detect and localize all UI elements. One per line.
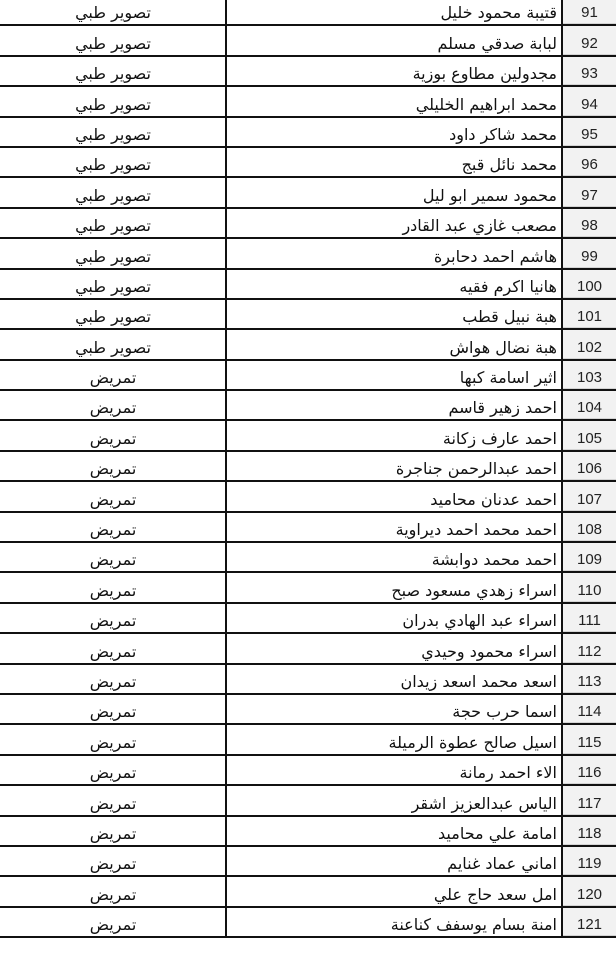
table-row: تمريض اماني عماد غنايم 119	[0, 847, 616, 877]
table-row: تصوير طبي محمد نائل قبج 96	[0, 148, 616, 178]
column-divider	[225, 330, 227, 358]
department-cell[interactable]: تصوير طبي	[0, 26, 226, 54]
table-row: تمريض اثير اسامة كبها 103	[0, 361, 616, 391]
name-cell[interactable]: اسراء محمود وحيدي	[228, 634, 561, 662]
table-row: تمريض امل سعد حاج علي 120	[0, 877, 616, 907]
row-number-cell[interactable]: 94	[563, 87, 616, 115]
name-cell[interactable]: محمد ابراهيم الخليلي	[228, 87, 561, 115]
row-number-cell[interactable]: 95	[563, 118, 616, 146]
column-divider	[225, 634, 227, 662]
row-number-cell[interactable]: 101	[563, 300, 616, 328]
row-number-cell[interactable]: 97	[563, 178, 616, 206]
name-cell[interactable]: اسما حرب حجة	[228, 695, 561, 723]
table-row: تصوير طبي لبابة صدقي مسلم 92	[0, 26, 616, 56]
table-row: تصوير طبي محمد ابراهيم الخليلي 94	[0, 87, 616, 117]
department-cell[interactable]: تمريض	[0, 665, 226, 693]
department-cell[interactable]: تمريض	[0, 695, 226, 723]
name-cell[interactable]: امل سعد حاج علي	[228, 877, 561, 905]
table-row: تمريض احمد زهير قاسم 104	[0, 391, 616, 421]
name-cell[interactable]: لبابة صدقي مسلم	[228, 26, 561, 54]
row-number-cell[interactable]: 91	[563, 0, 616, 24]
column-divider	[225, 57, 227, 85]
column-divider	[225, 148, 227, 176]
table-row: تصوير طبي هاشم احمد دحابرة 99	[0, 239, 616, 269]
department-cell[interactable]: تصوير طبي	[0, 239, 226, 267]
table-row: تصوير طبي هانيا اكرم فقيه 100	[0, 270, 616, 300]
row-number-cell[interactable]: 115	[563, 725, 616, 753]
department-cell[interactable]: تمريض	[0, 786, 226, 814]
table-row: تصوير طبي محمود سمير ابو ليل 97	[0, 178, 616, 208]
department-cell[interactable]: تصوير طبي	[0, 178, 226, 206]
column-divider	[225, 178, 227, 206]
table-row: تصوير طبي محمد شاكر داود 95	[0, 118, 616, 148]
column-divider	[225, 695, 227, 723]
row-number-cell[interactable]: 100	[563, 270, 616, 298]
department-cell[interactable]: تصوير طبي	[0, 57, 226, 85]
department-cell[interactable]: تمريض	[0, 847, 226, 875]
table-row: تمريض اسيل صالح عطوة الرميلة 115	[0, 725, 616, 755]
name-cell[interactable]: اسراء زهدي مسعود صبح	[228, 573, 561, 601]
spreadsheet-table: تصوير طبي قتيبة محمود خليل 91 تصوير طبي …	[0, 0, 616, 938]
row-number-cell[interactable]: 108	[563, 513, 616, 541]
name-cell[interactable]: اسيل صالح عطوة الرميلة	[228, 725, 561, 753]
name-cell[interactable]: هبة نضال هواش	[228, 330, 561, 358]
table-row: تمريض اسما حرب حجة 114	[0, 695, 616, 725]
row-number-cell[interactable]: 106	[563, 452, 616, 480]
column-divider	[225, 877, 227, 905]
row-number-cell[interactable]: 99	[563, 239, 616, 267]
name-cell[interactable]: احمد عارف زكانة	[228, 421, 561, 449]
table-row: تمريض امنة بسام يوسفف كناعنة 121	[0, 908, 616, 938]
table-row: تصوير طبي مجدولين مطاوع بوزية 93	[0, 57, 616, 87]
table-row: تمريض امامة علي محاميد 118	[0, 817, 616, 847]
name-cell[interactable]: الاء احمد رمانة	[228, 756, 561, 784]
name-cell[interactable]: محمد شاكر داود	[228, 118, 561, 146]
table-row: تمريض اسراء محمود وحيدي 112	[0, 634, 616, 664]
name-cell[interactable]: قتيبة محمود خليل	[228, 0, 561, 24]
name-cell[interactable]: احمد زهير قاسم	[228, 391, 561, 419]
column-divider	[225, 300, 227, 328]
department-cell[interactable]: تمريض	[0, 908, 226, 936]
table-row: تمريض الاء احمد رمانة 116	[0, 756, 616, 786]
department-cell[interactable]: تمريض	[0, 361, 226, 389]
column-divider	[225, 604, 227, 632]
row-number-cell[interactable]: 117	[563, 786, 616, 814]
department-cell[interactable]: تمريض	[0, 543, 226, 571]
row-number-cell[interactable]: 121	[563, 908, 616, 936]
table-row: تصوير طبي هبة نبيل قطب 101	[0, 300, 616, 330]
column-divider	[225, 452, 227, 480]
column-divider	[225, 817, 227, 845]
row-number-cell[interactable]: 116	[563, 756, 616, 784]
row-number-cell[interactable]: 120	[563, 877, 616, 905]
table-row: تمريض الياس عبدالعزيز اشقر 117	[0, 786, 616, 816]
department-cell[interactable]: تصوير طبي	[0, 330, 226, 358]
department-cell[interactable]: تصوير طبي	[0, 0, 226, 24]
department-cell[interactable]: تصوير طبي	[0, 270, 226, 298]
department-cell[interactable]: تصوير طبي	[0, 87, 226, 115]
row-number-cell[interactable]: 103	[563, 361, 616, 389]
name-cell[interactable]: امنة بسام يوسفف كناعنة	[228, 908, 561, 936]
column-divider	[225, 756, 227, 784]
department-cell[interactable]: تمريض	[0, 817, 226, 845]
name-cell[interactable]: امامة علي محاميد	[228, 817, 561, 845]
name-cell[interactable]: مصعب غازي عبد القادر	[228, 209, 561, 237]
department-cell[interactable]: تمريض	[0, 421, 226, 449]
row-number-cell[interactable]: 110	[563, 573, 616, 601]
row-number-cell[interactable]: 105	[563, 421, 616, 449]
name-cell[interactable]: هانيا اكرم فقيه	[228, 270, 561, 298]
department-cell[interactable]: تمريض	[0, 604, 226, 632]
name-cell[interactable]: احمد عبدالرحمن جناجرة	[228, 452, 561, 480]
row-number-cell[interactable]: 114	[563, 695, 616, 723]
column-divider	[225, 270, 227, 298]
row-number-cell[interactable]: 113	[563, 665, 616, 693]
table-row: تصوير طبي هبة نضال هواش 102	[0, 330, 616, 360]
name-cell[interactable]: احمد محمد احمد ديراوية	[228, 513, 561, 541]
column-divider	[225, 391, 227, 419]
column-divider	[225, 725, 227, 753]
department-cell[interactable]: تمريض	[0, 725, 226, 753]
table-row: تمريض احمد محمد احمد ديراوية 108	[0, 513, 616, 543]
row-number-cell[interactable]: 112	[563, 634, 616, 662]
name-cell[interactable]: مجدولين مطاوع بوزية	[228, 57, 561, 85]
table-row: تمريض اسراء عبد الهادي بدران 111	[0, 604, 616, 634]
column-divider	[225, 482, 227, 510]
department-cell[interactable]: تمريض	[0, 391, 226, 419]
row-number-cell[interactable]: 109	[563, 543, 616, 571]
row-number-cell[interactable]: 119	[563, 847, 616, 875]
row-number-cell[interactable]: 96	[563, 148, 616, 176]
row-number-cell[interactable]: 111	[563, 604, 616, 632]
column-divider	[225, 513, 227, 541]
column-divider	[225, 26, 227, 54]
department-cell[interactable]: تصوير طبي	[0, 300, 226, 328]
column-divider	[225, 118, 227, 146]
name-cell[interactable]: الياس عبدالعزيز اشقر	[228, 786, 561, 814]
department-cell[interactable]: تمريض	[0, 573, 226, 601]
table-row: تصوير طبي مصعب غازي عبد القادر 98	[0, 209, 616, 239]
name-cell[interactable]: اماني عماد غنايم	[228, 847, 561, 875]
column-divider	[225, 786, 227, 814]
department-cell[interactable]: تمريض	[0, 877, 226, 905]
table-row: تمريض احمد عدنان محاميد 107	[0, 482, 616, 512]
name-cell[interactable]: هاشم احمد دحابرة	[228, 239, 561, 267]
column-divider	[225, 0, 227, 24]
department-cell[interactable]: تمريض	[0, 634, 226, 662]
department-cell[interactable]: تصوير طبي	[0, 148, 226, 176]
department-cell[interactable]: تمريض	[0, 482, 226, 510]
column-divider	[225, 847, 227, 875]
name-cell[interactable]: محمد نائل قبج	[228, 148, 561, 176]
row-number-cell[interactable]: 118	[563, 817, 616, 845]
name-cell[interactable]: هبة نبيل قطب	[228, 300, 561, 328]
column-divider	[225, 543, 227, 571]
department-cell[interactable]: تمريض	[0, 513, 226, 541]
row-number-cell[interactable]: 107	[563, 482, 616, 510]
row-number-cell[interactable]: 92	[563, 26, 616, 54]
table-row: تصوير طبي قتيبة محمود خليل 91	[0, 0, 616, 26]
row-number-cell[interactable]: 102	[563, 330, 616, 358]
table-row: تمريض اسراء زهدي مسعود صبح 110	[0, 573, 616, 603]
column-divider	[225, 665, 227, 693]
name-cell[interactable]: اسعد محمد اسعد زيدان	[228, 665, 561, 693]
row-number-cell[interactable]: 98	[563, 209, 616, 237]
column-divider	[225, 908, 227, 936]
name-cell[interactable]: اسراء عبد الهادي بدران	[228, 604, 561, 632]
name-cell[interactable]: احمد عدنان محاميد	[228, 482, 561, 510]
row-number-cell[interactable]: 104	[563, 391, 616, 419]
name-cell[interactable]: اثير اسامة كبها	[228, 361, 561, 389]
table-row: تمريض احمد عبدالرحمن جناجرة 106	[0, 452, 616, 482]
department-cell[interactable]: تمريض	[0, 452, 226, 480]
table-row: تمريض اسعد محمد اسعد زيدان 113	[0, 665, 616, 695]
row-number-cell[interactable]: 93	[563, 57, 616, 85]
name-cell[interactable]: محمود سمير ابو ليل	[228, 178, 561, 206]
column-divider	[225, 421, 227, 449]
column-divider	[225, 239, 227, 267]
column-divider	[225, 361, 227, 389]
table-row: تمريض احمد عارف زكانة 105	[0, 421, 616, 451]
name-cell[interactable]: احمد محمد دوابشة	[228, 543, 561, 571]
table-row: تمريض احمد محمد دوابشة 109	[0, 543, 616, 573]
column-divider	[225, 209, 227, 237]
department-cell[interactable]: تمريض	[0, 756, 226, 784]
department-cell[interactable]: تصوير طبي	[0, 118, 226, 146]
department-cell[interactable]: تصوير طبي	[0, 209, 226, 237]
column-divider	[225, 573, 227, 601]
column-divider	[225, 87, 227, 115]
